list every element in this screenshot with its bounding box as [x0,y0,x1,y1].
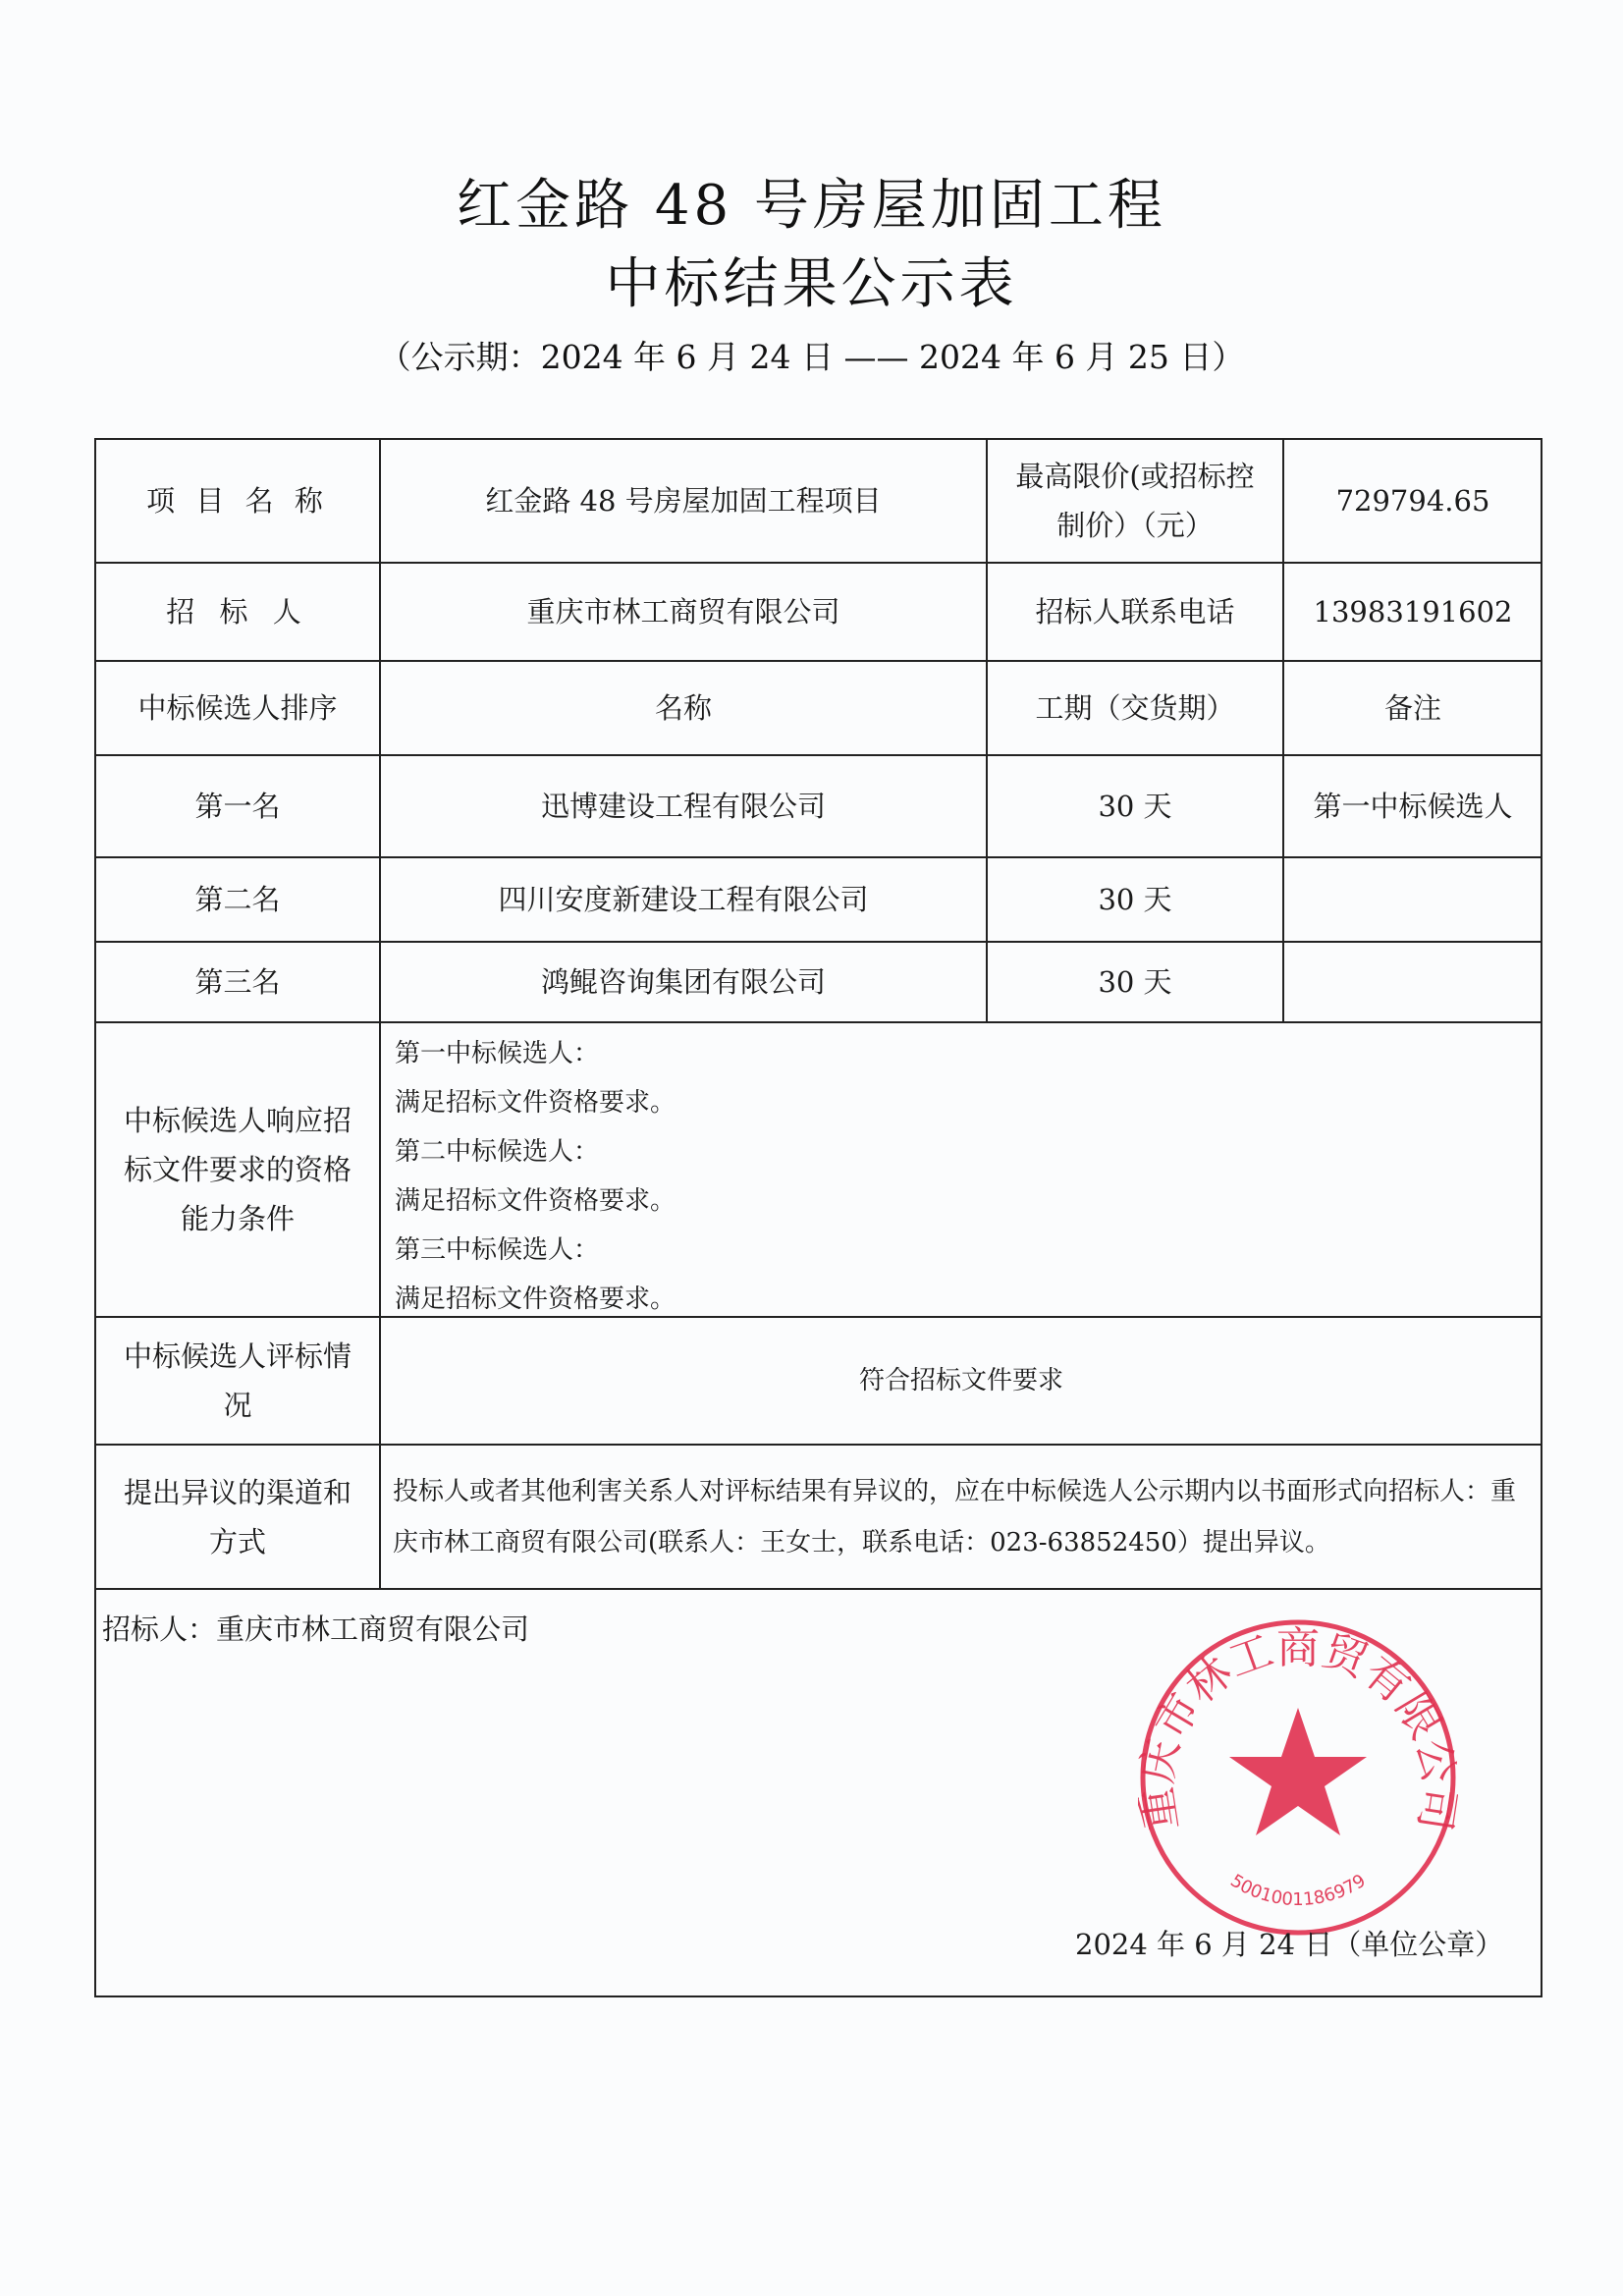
tenderer-phone-label: 招标人联系电话 [988,564,1282,660]
row-divider [94,1588,1542,1590]
max-price-value: 729794.65 [1284,440,1542,562]
publicity-period: （公示期：2024 年 6 月 24 日 —— 2024 年 6 月 25 日） [0,332,1623,378]
project-name-label: 项 目 名 称 [96,440,379,562]
candidate-rank: 第二名 [96,858,379,941]
candidate-duration: 30 天 [988,943,1282,1021]
tenderer-signature: 招标人：重庆市林工商贸有限公司 [102,1608,529,1648]
tenderer-phone-value: 13983191602 [1284,564,1542,660]
header-duration: 工期（交货期） [988,662,1282,754]
tenderer-label: 招 标 人 [96,564,379,660]
candidate-remark: 第一中标候选人 [1284,756,1542,856]
qualification-label: 中标候选人响应招标文件要求的资格能力条件 [110,1023,365,1316]
tenderer-value: 重庆市林工商贸有限公司 [381,564,986,660]
candidate-rank: 第一名 [96,756,379,856]
header-name: 名称 [381,662,986,754]
qualification-list: 第一中标候选人： 满足招标文件资格要求。 第二中标候选人： 满足招标文件资格要求… [395,1029,676,1324]
signature-date: 2024 年 6 月 24 日（单位公章） [1075,1923,1503,1963]
candidate-name: 鸿鲲咨询集团有限公司 [381,943,986,1021]
candidate-remark [1284,858,1542,941]
evaluation-label: 中标候选人评标情况 [110,1318,365,1444]
objection-label: 提出异议的渠道和方式 [110,1446,365,1588]
candidate-name: 迅博建设工程有限公司 [381,756,986,856]
header-remark: 备注 [1284,662,1542,754]
document-title-line2: 中标结果公示表 [0,241,1623,319]
candidate-rank: 第三名 [96,943,379,1021]
candidate-name: 四川安度新建设工程有限公司 [381,858,986,941]
qualification-line: 满足招标文件资格要求。 [395,1275,676,1324]
seal-code: 5001001186979 [1226,1871,1369,1910]
max-price-label: 最高限价(或招标控制价）（元） [988,440,1282,562]
project-name-value: 红金路 48 号房屋加固工程项目 [381,440,986,562]
document-title-line1: 红金路 48 号房屋加固工程 [0,162,1623,241]
svg-text:5001001186979: 5001001186979 [1226,1871,1369,1910]
candidate-duration: 30 天 [988,858,1282,941]
qualification-line: 第一中标候选人： [395,1029,676,1078]
qualification-line: 满足招标文件资格要求。 [395,1078,676,1127]
objection-value: 投标人或者其他利害关系人对评标结果有异议的，应在中标候选人公示期内以书面形式向招… [393,1446,1532,1588]
company-seal-icon: 重庆市林工商贸有限公司 5001001186979 [1138,1617,1458,1938]
candidate-remark [1284,943,1542,1021]
qualification-line: 第二中标候选人： [395,1127,676,1176]
qualification-line: 第三中标候选人： [395,1226,676,1275]
candidate-duration: 30 天 [988,756,1282,856]
qualification-line: 满足招标文件资格要求。 [395,1176,676,1226]
evaluation-value: 符合招标文件要求 [381,1318,1542,1444]
header-rank: 中标候选人排序 [96,662,379,754]
